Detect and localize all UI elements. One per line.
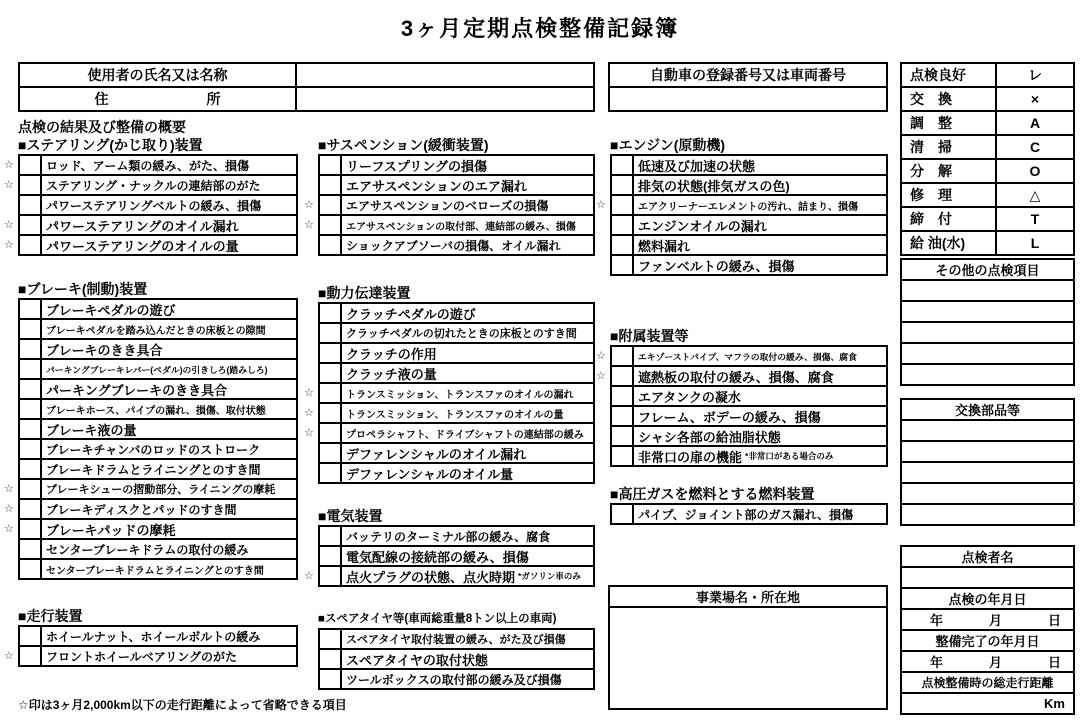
check-cell[interactable] xyxy=(320,464,342,482)
item-label: パーキングブレーキのきき具合 xyxy=(42,380,296,398)
section-brake: ■ブレーキ(制動)装置ブレーキペダルの遊びブレーキペダルを踏み込んだときの床板と… xyxy=(4,281,298,580)
checklist-row-box: エンジンオイルの漏れ xyxy=(610,214,888,236)
star-slot xyxy=(304,442,318,464)
check-cell[interactable] xyxy=(612,505,634,523)
checklist-row: ☆遮熱板の取付の緩み、損傷、腐食 xyxy=(596,365,888,387)
checklist-row-box: 遮熱板の取付の緩み、損傷、腐食 xyxy=(610,365,888,387)
check-cell[interactable] xyxy=(612,256,634,274)
section-heading: ■ステアリング(かじ取り)装置 xyxy=(18,137,298,154)
other-items-table: その他の点検項目 xyxy=(900,258,1075,386)
inspector-block: 点検者名 点検の年月日 年 月 日 整備完了の年月日 年 月 日 点検整備時の総… xyxy=(900,545,1075,715)
checklist-row: デファレンシャルのオイル漏れ xyxy=(304,442,595,464)
check-cell[interactable] xyxy=(320,156,342,174)
checklist-row: センターブレーキドラムとライニングとのすき間 xyxy=(4,558,298,580)
star-mark: ☆ xyxy=(304,382,318,404)
empty-row[interactable] xyxy=(900,440,1075,463)
checklist-row: ☆トランスミッション、トランスファのオイルの漏れ xyxy=(304,382,595,404)
check-cell[interactable] xyxy=(20,420,42,438)
inspection-date-value[interactable]: 年 月 日 xyxy=(900,608,1075,631)
checklist-row: ブレーキペダルを踏み込んだときの床板との隙間 xyxy=(4,318,298,340)
item-label: クラッチペダルの遊び xyxy=(342,304,593,322)
star-mark: ☆ xyxy=(4,154,18,176)
star-slot xyxy=(304,648,318,670)
check-cell[interactable] xyxy=(20,340,42,358)
checklist-row: バッテリのターミナル部の緩み、腐食 xyxy=(304,525,595,547)
checklist-row-box: クラッチペダルの切れたときの床板とのすき間 xyxy=(318,322,595,344)
page-title: 3ヶ月定期点検整備記録簿 xyxy=(0,12,1080,43)
item-label: パイプ、ジョイント部のガス漏れ、損傷 xyxy=(634,505,886,523)
item-note: *非常口がある場合のみ xyxy=(745,450,833,462)
star-slot xyxy=(304,302,318,324)
empty-row[interactable] xyxy=(900,482,1075,505)
checklist-row-box: エアサスペンションのベローズの損傷 xyxy=(318,194,595,216)
registration-label: 自動車の登録番号又は車両番号 xyxy=(608,62,888,88)
mileage-value[interactable]: Km xyxy=(900,692,1075,715)
star-slot xyxy=(4,558,18,580)
legend-row: 給 油(水)L xyxy=(900,230,1075,256)
item-label: 排気の状態(排気ガスの色) xyxy=(634,176,886,194)
checklist-row: 燃料漏れ xyxy=(596,234,888,256)
check-cell[interactable] xyxy=(20,400,42,418)
check-cell[interactable] xyxy=(20,176,42,194)
item-label: シャシ各部の給油脂状態 xyxy=(634,427,886,445)
checklist-row: 排気の状態(排気ガスの色) xyxy=(596,174,888,196)
star-slot xyxy=(596,254,610,276)
legend-row: 交 換× xyxy=(900,86,1075,112)
empty-row[interactable] xyxy=(900,461,1075,484)
check-cell[interactable] xyxy=(612,347,634,365)
item-label: 低速及び加速の状態 xyxy=(634,156,886,174)
checklist-row: リーフスプリングの損傷 xyxy=(304,154,595,176)
star-slot xyxy=(596,425,610,447)
day-label: 日 xyxy=(1048,610,1061,629)
check-cell[interactable] xyxy=(20,520,42,538)
star-mark: ☆ xyxy=(596,194,610,216)
checklist-row: ☆パワーステアリングのオイル漏れ xyxy=(4,214,298,236)
section-high-pressure-gas: ■高圧ガスを燃料とする燃料装置パイプ、ジョイント部のガス漏れ、損傷 xyxy=(596,486,888,525)
star-mark: ☆ xyxy=(304,565,318,587)
checklist-row: クラッチの作用 xyxy=(304,342,595,364)
completion-date-value[interactable]: 年 月 日 xyxy=(900,650,1075,673)
checklist-row: ☆ブレーキディスクとパッドのすき間 xyxy=(4,498,298,520)
checklist-row: フレーム、ボデーの緩み、損傷 xyxy=(596,405,888,427)
year-label: 年 xyxy=(930,610,943,629)
check-cell[interactable] xyxy=(320,216,342,234)
item-label: ブレーキシューの摺動部分、ライニングの摩耗 xyxy=(42,480,296,498)
check-cell[interactable] xyxy=(20,627,42,645)
item-label: フロントホイールベアリングのがた xyxy=(42,647,296,665)
user-name-value[interactable] xyxy=(295,62,595,88)
checklist-row-box: ブレーキホース、パイプの漏れ、損傷、取付状態 xyxy=(18,398,298,420)
star-slot xyxy=(4,625,18,647)
legend-label: 分 解 xyxy=(902,160,997,182)
address-value[interactable] xyxy=(295,86,595,112)
checklist-row-box: ブレーキパッドの摩耗 xyxy=(18,518,298,540)
section-electrical: ■電気装置バッテリのターミナル部の緩み、腐食電気配線の接続部の緩み、損傷☆点火プ… xyxy=(304,508,595,587)
legend-label: 修 理 xyxy=(902,184,997,206)
item-label: ファンベルトの緩み、損傷 xyxy=(634,256,886,274)
inspection-date-title: 点検の年月日 xyxy=(900,587,1075,610)
checklist-row-box: シャシ各部の給油脂状態 xyxy=(610,425,888,447)
check-cell[interactable] xyxy=(320,196,342,214)
star-slot xyxy=(4,458,18,480)
item-label: 電気配線の接続部の緩み、損傷 xyxy=(342,547,593,565)
checklist-row-box: 燃料漏れ xyxy=(610,234,888,256)
section-suspension: ■サスペンション(緩衝装置)リーフスプリングの損傷エアサスペンションのエア漏れ☆… xyxy=(304,137,595,256)
star-mark: ☆ xyxy=(4,174,18,196)
item-note: *ガソリン車のみ xyxy=(518,570,581,582)
day-label: 日 xyxy=(1048,652,1061,671)
empty-row[interactable] xyxy=(900,300,1075,323)
checklist-row-box: パーキングブレーキレバー(ペダル)の引きしろ(踏みしろ) xyxy=(18,358,298,380)
empty-row[interactable] xyxy=(900,363,1075,386)
checklist-row: ☆ブレーキパッドの摩耗 xyxy=(4,518,298,540)
checklist-row: ☆点火プラグの状態、点火時期*ガソリン車のみ xyxy=(304,565,595,587)
checklist-row-box: 電気配線の接続部の緩み、損傷 xyxy=(318,545,595,567)
legend-symbol: A xyxy=(997,112,1073,134)
legend-row: 調 整A xyxy=(900,110,1075,136)
business-site-box: 事業場名・所在地 xyxy=(608,585,888,710)
inspector-name-title: 点検者名 xyxy=(900,545,1075,568)
section-running-gear: ■走行装置ホイールナット、ホイールボルトの緩み☆フロントホイールベアリングのがた xyxy=(4,608,298,667)
checklist-row: センターブレーキドラムの取付の緩み xyxy=(4,538,298,560)
check-cell[interactable] xyxy=(320,304,342,322)
check-cell[interactable] xyxy=(320,650,342,668)
item-label: 非常口の扉の機能*非常口がある場合のみ xyxy=(634,447,886,465)
star-mark: ☆ xyxy=(4,234,18,256)
check-cell[interactable] xyxy=(612,196,634,214)
overview-heading: 点検の結果及び整備の概要 xyxy=(18,117,186,137)
legend-symbol: O xyxy=(997,160,1073,182)
legend-row: 締 付T xyxy=(900,206,1075,232)
star-slot xyxy=(4,318,18,340)
checklist-row: ブレーキペダルの遊び xyxy=(4,298,298,320)
checklist-row: スペアタイヤ取付装置の緩み、がた及び損傷 xyxy=(304,628,595,650)
check-cell[interactable] xyxy=(20,380,42,398)
check-cell[interactable] xyxy=(320,670,342,688)
item-label: ツールボックスの取付部の緩み及び損傷 xyxy=(342,670,593,688)
checklist-row-box: パワーステアリングのオイルの量 xyxy=(18,234,298,256)
star-slot xyxy=(596,405,610,427)
item-label: 点火プラグの状態、点火時期*ガソリン車のみ xyxy=(342,567,593,585)
checklist-row-box: ファンベルトの緩み、損傷 xyxy=(610,254,888,276)
checklist-row: シャシ各部の給油脂状態 xyxy=(596,425,888,447)
checklist-row-box: 点火プラグの状態、点火時期*ガソリン車のみ xyxy=(318,565,595,587)
checklist-row-box: ブレーキディスクとパッドのすき間 xyxy=(18,498,298,520)
check-cell[interactable] xyxy=(612,447,634,465)
section-heading: ■ブレーキ(制動)装置 xyxy=(18,281,298,298)
legend-row: 清 掃C xyxy=(900,134,1075,160)
checklist-row: パワーステアリングベルトの緩み、損傷 xyxy=(4,194,298,216)
check-cell[interactable] xyxy=(320,567,342,585)
item-label: ショックアブソーバの損傷、オイル漏れ xyxy=(342,236,593,254)
check-cell[interactable] xyxy=(20,300,42,318)
section-heading: ■動力伝達装置 xyxy=(318,285,595,302)
star-slot xyxy=(4,194,18,216)
check-cell[interactable] xyxy=(612,176,634,194)
checklist-row-box: プロペラシャフト、ドライブシャフトの連結部の緩み xyxy=(318,422,595,444)
checklist-row: ブレーキホース、パイプの漏れ、損傷、取付状態 xyxy=(4,398,298,420)
star-slot xyxy=(4,418,18,440)
item-label: エアサスペンションのベローズの損傷 xyxy=(342,196,593,214)
checklist-row: ☆ステアリング・ナックルの連結部のがた xyxy=(4,174,298,196)
legend-row: 分 解O xyxy=(900,158,1075,184)
star-slot xyxy=(304,525,318,547)
checklist-row: ブレーキチャンバのロッドのストローク xyxy=(4,438,298,460)
checklist-row-box: クラッチペダルの遊び xyxy=(318,302,595,324)
check-cell[interactable] xyxy=(20,156,42,174)
check-cell[interactable] xyxy=(612,236,634,254)
item-label: エアタンクの凝水 xyxy=(634,387,886,405)
legend-symbol: △ xyxy=(997,184,1073,206)
star-slot xyxy=(4,438,18,460)
item-label: プロペラシャフト、ドライブシャフトの連結部の緩み xyxy=(342,424,593,442)
checklist-row-box: エアタンクの凝水 xyxy=(610,385,888,407)
item-label: ブレーキチャンバのロッドのストローク xyxy=(42,440,296,458)
footnote: ☆印は3ヶ月2,000km以下の走行距離によって省略できる項目 xyxy=(18,696,347,713)
month-label: 月 xyxy=(989,652,1002,671)
checklist-row: ツールボックスの取付部の緩み及び損傷 xyxy=(304,668,595,690)
item-label: エアサスペンションのエア漏れ xyxy=(342,176,593,194)
legend-label: 調 整 xyxy=(902,112,997,134)
star-slot xyxy=(4,338,18,360)
star-slot xyxy=(304,234,318,256)
check-cell[interactable] xyxy=(612,427,634,445)
empty-row[interactable] xyxy=(900,419,1075,442)
checklist-row-box: パワーステアリングベルトの緩み、損傷 xyxy=(18,194,298,216)
star-slot xyxy=(4,398,18,420)
check-cell[interactable] xyxy=(320,344,342,362)
checklist-row-box: フレーム、ボデーの緩み、損傷 xyxy=(610,405,888,427)
star-slot xyxy=(596,154,610,176)
checklist-row: ☆ロッド、アーム類の緩み、がた、損傷 xyxy=(4,154,298,176)
check-cell[interactable] xyxy=(320,324,342,342)
item-label: ブレーキパッドの摩耗 xyxy=(42,520,296,538)
item-label: スペアタイヤ取付装置の緩み、がた及び損傷 xyxy=(342,630,593,648)
checklist-row-box: ステアリング・ナックルの連結部のがた xyxy=(18,174,298,196)
star-slot xyxy=(4,358,18,380)
check-cell[interactable] xyxy=(20,440,42,458)
check-cell[interactable] xyxy=(320,547,342,565)
item-label: クラッチペダルの切れたときの床板とのすき間 xyxy=(342,324,593,342)
registration-box: 自動車の登録番号又は車両番号 xyxy=(608,62,888,112)
check-cell[interactable] xyxy=(20,460,42,478)
star-slot xyxy=(596,234,610,256)
check-cell[interactable] xyxy=(20,500,42,518)
check-cell[interactable] xyxy=(320,364,342,382)
star-mark: ☆ xyxy=(596,345,610,367)
item-label: デファレンシャルのオイル量 xyxy=(342,464,593,482)
check-cell[interactable] xyxy=(20,560,42,578)
check-cell[interactable] xyxy=(20,360,42,378)
empty-row[interactable] xyxy=(900,321,1075,344)
item-label: パーキングブレーキレバー(ペダル)の引きしろ(踏みしろ) xyxy=(42,360,296,378)
check-cell[interactable] xyxy=(20,480,42,498)
star-mark: ☆ xyxy=(304,402,318,424)
item-label: クラッチの作用 xyxy=(342,344,593,362)
checklist-row-box: デファレンシャルのオイル量 xyxy=(318,462,595,484)
checklist-row: ☆パワーステアリングのオイルの量 xyxy=(4,234,298,256)
check-cell[interactable] xyxy=(320,527,342,545)
legend-label: 交 換 xyxy=(902,88,997,110)
section-heading: ■走行装置 xyxy=(18,608,298,625)
checklist-row: ☆フロントホイールベアリングのがた xyxy=(4,645,298,667)
star-mark: ☆ xyxy=(304,194,318,216)
star-slot xyxy=(304,174,318,196)
checklist-row-box: ブレーキのきき具合 xyxy=(18,338,298,360)
checklist-row: ブレーキのきき具合 xyxy=(4,338,298,360)
checklist-row: エアサスペンションのエア漏れ xyxy=(304,174,595,196)
item-label: エアサスペンションの取付部、連結部の緩み、損傷 xyxy=(342,216,593,234)
checklist-row-box: ブレーキチャンバのロッドのストローク xyxy=(18,438,298,460)
checklist-row-box: スペアタイヤの取付状態 xyxy=(318,648,595,670)
checklist-row: ☆エアサスペンションの取付部、連結部の緩み、損傷 xyxy=(304,214,595,236)
checklist-row-box: クラッチの作用 xyxy=(318,342,595,364)
replacement-parts-table: 交換部品等 xyxy=(900,398,1075,526)
checklist-row-box: クラッチ液の量 xyxy=(318,362,595,384)
item-label: トランスミッション、トランスファのオイルの漏れ xyxy=(342,384,593,402)
item-label: センターブレーキドラムとライニングとのすき間 xyxy=(42,560,296,578)
check-cell[interactable] xyxy=(320,176,342,194)
checklist-row-box: ホイールナット、ホイールボルトの緩み xyxy=(18,625,298,647)
checklist-row: デファレンシャルのオイル量 xyxy=(304,462,595,484)
registration-value[interactable] xyxy=(608,86,888,112)
legend-symbol: C xyxy=(997,136,1073,158)
checklist-row-box: ツールボックスの取付部の緩み及び損傷 xyxy=(318,668,595,690)
section-steering: ■ステアリング(かじ取り)装置☆ロッド、アーム類の緩み、がた、損傷☆ステアリング… xyxy=(4,137,298,256)
check-cell[interactable] xyxy=(612,407,634,425)
checklist-row-box: センターブレーキドラムとライニングとのすき間 xyxy=(18,558,298,580)
checklist-row: パイプ、ジョイント部のガス漏れ、損傷 xyxy=(596,503,888,525)
section-heading: ■スペアタイヤ等(車両総重量8トン以上の車両) xyxy=(318,611,595,628)
item-label: エアクリーナーエレメントの汚れ、詰まり、損傷 xyxy=(634,196,886,214)
item-label: ホイールナット、ホイールボルトの緩み xyxy=(42,627,296,645)
checklist-row-box: デファレンシャルのオイル漏れ xyxy=(318,442,595,464)
checklist-row-box: ショックアブソーバの損傷、オイル漏れ xyxy=(318,234,595,256)
star-slot xyxy=(304,628,318,650)
star-slot xyxy=(4,298,18,320)
checklist-row-box: ロッド、アーム類の緩み、がた、損傷 xyxy=(18,154,298,176)
inspector-name-value[interactable] xyxy=(900,566,1075,589)
check-cell[interactable] xyxy=(320,404,342,422)
check-cell[interactable] xyxy=(612,387,634,405)
empty-row[interactable] xyxy=(900,342,1075,365)
section-engine: ■エンジン(原動機)低速及び加速の状態排気の状態(排気ガスの色)☆エアクリーナー… xyxy=(596,137,888,276)
item-label: エンジンオイルの漏れ xyxy=(634,216,886,234)
checklist-row-box: スペアタイヤ取付装置の緩み、がた及び損傷 xyxy=(318,628,595,650)
checklist-row: エアタンクの凝水 xyxy=(596,385,888,407)
year-label: 年 xyxy=(930,652,943,671)
legend-label: 清 掃 xyxy=(902,136,997,158)
empty-row[interactable] xyxy=(900,503,1075,526)
checklist-row: ☆ブレーキシューの摺動部分、ライニングの摩耗 xyxy=(4,478,298,500)
check-cell[interactable] xyxy=(20,540,42,558)
check-cell[interactable] xyxy=(20,196,42,214)
check-cell[interactable] xyxy=(320,384,342,402)
checklist-row: ☆エキゾーストパイプ、マフラの取付の緩み、損傷、腐食 xyxy=(596,345,888,367)
section-heading: ■エンジン(原動機) xyxy=(610,137,888,154)
item-label: スペアタイヤの取付状態 xyxy=(342,650,593,668)
checklist-row: ☆トランスミッション、トランスファのオイルの量 xyxy=(304,402,595,424)
item-label: トランスミッション、トランスファのオイルの量 xyxy=(342,404,593,422)
legend-label: 点検良好 xyxy=(902,64,997,86)
check-cell[interactable] xyxy=(320,444,342,462)
checklist-row-box: フロントホイールベアリングのがた xyxy=(18,645,298,667)
star-mark: ☆ xyxy=(4,518,18,540)
checklist-row-box: ブレーキペダルの遊び xyxy=(18,298,298,320)
checklist-row-box: エアサスペンションの取付部、連結部の緩み、損傷 xyxy=(318,214,595,236)
check-cell[interactable] xyxy=(20,320,42,338)
item-label: ロッド、アーム類の緩み、がた、損傷 xyxy=(42,156,296,174)
check-cell[interactable] xyxy=(320,424,342,442)
checklist-row: クラッチペダルの切れたときの床板とのすき間 xyxy=(304,322,595,344)
legend-symbol: L xyxy=(997,232,1073,254)
checklist-row: スペアタイヤの取付状態 xyxy=(304,648,595,670)
checklist-row: ブレーキドラムとライニングとのすき間 xyxy=(4,458,298,480)
user-info-box: 使用者の氏名又は名称 住 所 xyxy=(18,62,595,112)
item-label: ブレーキドラムとライニングとのすき間 xyxy=(42,460,296,478)
check-cell[interactable] xyxy=(20,236,42,254)
empty-row[interactable] xyxy=(900,279,1075,302)
checklist-row-box: トランスミッション、トランスファのオイルの量 xyxy=(318,402,595,424)
completion-date-title: 整備完了の年月日 xyxy=(900,629,1075,652)
star-mark: ☆ xyxy=(4,214,18,236)
star-mark: ☆ xyxy=(4,498,18,520)
business-site-title: 事業場名・所在地 xyxy=(610,587,886,608)
mileage-title: 点検整備時の総走行距離 xyxy=(900,671,1075,694)
checklist-row: ショックアブソーバの損傷、オイル漏れ xyxy=(304,234,595,256)
checklist-row-box: ブレーキドラムとライニングとのすき間 xyxy=(18,458,298,480)
check-cell[interactable] xyxy=(612,156,634,174)
checklist-row: ☆プロペラシャフト、ドライブシャフトの連結部の緩み xyxy=(304,422,595,444)
inspection-record-form: { "title": "3ヶ月定期点検整備記録簿", "header": { "… xyxy=(0,0,1080,720)
item-label: パワーステアリングベルトの緩み、損傷 xyxy=(42,196,296,214)
other-items-title: その他の点検項目 xyxy=(900,258,1075,281)
star-slot xyxy=(596,214,610,236)
checklist-row: ☆エアサスペンションのベローズの損傷 xyxy=(304,194,595,216)
checklist-row-box: エアクリーナーエレメントの汚れ、詰まり、損傷 xyxy=(610,194,888,216)
checklist-row-box: 非常口の扉の機能*非常口がある場合のみ xyxy=(610,445,888,467)
checklist-row-box: パイプ、ジョイント部のガス漏れ、損傷 xyxy=(610,503,888,525)
check-cell[interactable] xyxy=(320,630,342,648)
item-label: ステアリング・ナックルの連結部のがた xyxy=(42,176,296,194)
star-slot xyxy=(596,174,610,196)
star-slot xyxy=(596,503,610,525)
legend-row: 修 理△ xyxy=(900,182,1075,208)
item-label: フレーム、ボデーの緩み、損傷 xyxy=(634,407,886,425)
month-label: 月 xyxy=(989,610,1002,629)
check-cell[interactable] xyxy=(20,216,42,234)
star-slot xyxy=(304,462,318,484)
legend-symbol: T xyxy=(997,208,1073,230)
business-site-value[interactable] xyxy=(610,608,886,708)
checklist-row-box: ブレーキシューの摺動部分、ライニングの摩耗 xyxy=(18,478,298,500)
item-label: ブレーキディスクとパッドのすき間 xyxy=(42,500,296,518)
checklist-row-box: トランスミッション、トランスファのオイルの漏れ xyxy=(318,382,595,404)
item-label: ブレーキ液の量 xyxy=(42,420,296,438)
check-cell[interactable] xyxy=(320,236,342,254)
item-label: 遮熱板の取付の緩み、損傷、腐食 xyxy=(634,367,886,385)
checklist-row: 電気配線の接続部の緩み、損傷 xyxy=(304,545,595,567)
checklist-row: 低速及び加速の状態 xyxy=(596,154,888,176)
check-cell[interactable] xyxy=(20,647,42,665)
checklist-row-box: パワーステアリングのオイル漏れ xyxy=(18,214,298,236)
legend-label: 締 付 xyxy=(902,208,997,230)
check-cell[interactable] xyxy=(612,367,634,385)
star-slot xyxy=(304,545,318,567)
item-label: ブレーキのきき具合 xyxy=(42,340,296,358)
check-cell[interactable] xyxy=(612,216,634,234)
